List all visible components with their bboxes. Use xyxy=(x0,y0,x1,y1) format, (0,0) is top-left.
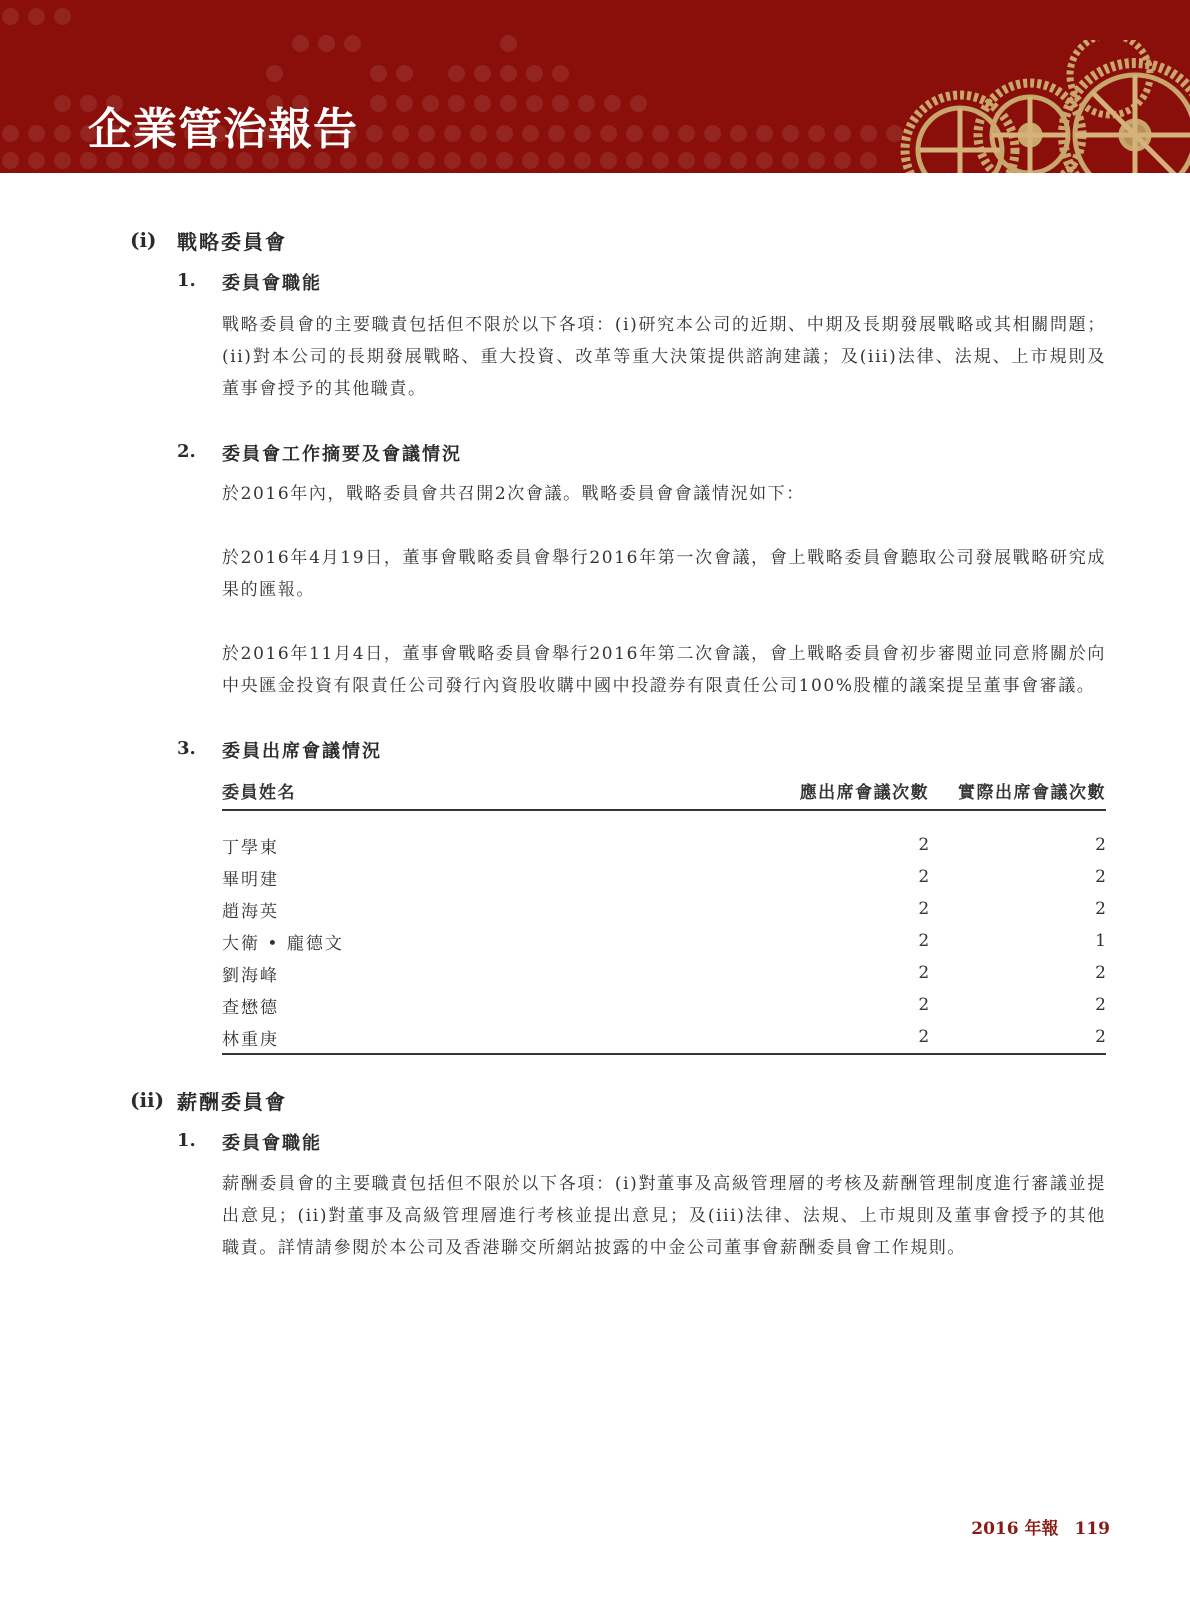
section-number: (ii) xyxy=(130,1088,164,1112)
decorative-dot xyxy=(500,35,517,52)
decorative-dot xyxy=(2,125,19,142)
table-row: 劉海峰 2 2 xyxy=(222,957,1106,989)
decorative-dot xyxy=(704,152,721,169)
decorative-dot xyxy=(370,95,387,112)
subsection-number: 2. xyxy=(177,441,196,462)
decorative-dot xyxy=(2,152,19,169)
table-row: 丁學東 2 2 xyxy=(222,829,1106,861)
decorative-dot xyxy=(782,152,799,169)
decorative-dot xyxy=(474,95,491,112)
decorative-dot xyxy=(392,152,409,169)
decorative-dot xyxy=(604,95,621,112)
decorative-dot xyxy=(318,35,335,52)
attendance-table: 委員姓名 應出席會議次數 實際出席會議次數 丁學東 2 2 畢明建 2 2 趙海… xyxy=(222,778,1106,1055)
decorative-dot xyxy=(630,95,647,112)
decorative-dot xyxy=(626,152,643,169)
decorative-dot xyxy=(292,35,309,52)
decorative-dot xyxy=(522,125,539,142)
decorative-dot xyxy=(470,152,487,169)
decorative-dot xyxy=(366,152,383,169)
decorative-dot xyxy=(756,125,773,142)
member-name: 林重庚 xyxy=(222,1021,752,1054)
section-title: 戰略委員會 xyxy=(177,226,287,255)
decorative-dot xyxy=(54,125,71,142)
decorative-dot xyxy=(526,65,543,82)
actual-count: 1 xyxy=(929,925,1106,957)
decorative-dot xyxy=(652,152,669,169)
subsection-number: 1. xyxy=(177,270,196,291)
decorative-dot xyxy=(678,152,695,169)
gears-illustration-icon xyxy=(880,40,1190,173)
decorative-dot xyxy=(678,125,695,142)
page-title: 企業管治報告 xyxy=(88,108,358,152)
column-header-actual: 實際出席會議次數 xyxy=(929,778,1106,810)
decorative-dot xyxy=(448,65,465,82)
member-name: 大衛 • 龐德文 xyxy=(222,925,752,957)
member-name: 查懋德 xyxy=(222,989,752,1021)
table-row: 大衛 • 龐德文 2 1 xyxy=(222,925,1106,957)
decorative-dot xyxy=(448,95,465,112)
required-count: 2 xyxy=(752,861,929,893)
decorative-dot xyxy=(366,125,383,142)
actual-count: 2 xyxy=(929,989,1106,1021)
page-number: 119 xyxy=(1075,1519,1111,1539)
table-row: 畢明建 2 2 xyxy=(222,861,1106,893)
subsection-number: 3. xyxy=(177,738,196,759)
table-header-row: 委員姓名 應出席會議次數 實際出席會議次數 xyxy=(222,778,1106,810)
table-row: 查懋德 2 2 xyxy=(222,989,1106,1021)
required-count: 2 xyxy=(752,1021,929,1054)
subsection-title: 委員會職能 xyxy=(222,1129,322,1155)
decorative-dot xyxy=(600,125,617,142)
decorative-dot xyxy=(470,125,487,142)
decorative-dot xyxy=(500,95,517,112)
required-count: 2 xyxy=(752,829,929,861)
decorative-dot xyxy=(54,95,71,112)
actual-count: 2 xyxy=(929,829,1106,861)
decorative-dot xyxy=(548,125,565,142)
decorative-dot xyxy=(704,125,721,142)
actual-count: 2 xyxy=(929,861,1106,893)
section-title: 薪酬委員會 xyxy=(177,1086,287,1115)
subsection-title: 委員出席會議情況 xyxy=(222,737,382,763)
table-spacer xyxy=(222,810,1106,829)
paragraph: 於2016年11月4日，董事會戰略委員會舉行2016年第二次會議，會上戰略委員會… xyxy=(222,638,1106,702)
page-footer: 2016 年報119 xyxy=(971,1514,1110,1539)
decorative-dot xyxy=(808,152,825,169)
decorative-dot xyxy=(28,8,45,25)
decorative-dot xyxy=(808,125,825,142)
decorative-dot xyxy=(370,65,387,82)
decorative-dot xyxy=(652,125,669,142)
actual-count: 2 xyxy=(929,1021,1106,1054)
decorative-dot xyxy=(552,95,569,112)
decorative-dot xyxy=(600,152,617,169)
decorative-dot xyxy=(574,152,591,169)
decorative-dot xyxy=(860,125,877,142)
decorative-dot xyxy=(574,125,591,142)
decorative-dot xyxy=(444,125,461,142)
actual-count: 2 xyxy=(929,957,1106,989)
decorative-dot xyxy=(54,152,71,169)
decorative-dot xyxy=(730,152,747,169)
paragraph: 於2016年內，戰略委員會共召開2次會議。戰略委員會會議情況如下： xyxy=(222,478,1106,510)
report-label: 2016 年報 xyxy=(971,1519,1058,1539)
decorative-dot xyxy=(522,152,539,169)
paragraph: 戰略委員會的主要職責包括但不限於以下各項：(i)研究本公司的近期、中期及長期發展… xyxy=(222,309,1106,405)
table-row: 林重庚 2 2 xyxy=(222,1021,1106,1054)
header-banner: 企業管治報告 xyxy=(0,0,1190,173)
decorative-dot xyxy=(28,125,45,142)
column-header-name: 委員姓名 xyxy=(222,778,752,810)
decorative-dot xyxy=(28,152,45,169)
decorative-dot xyxy=(626,125,643,142)
decorative-dot xyxy=(782,125,799,142)
decorative-dot xyxy=(552,65,569,82)
member-name: 畢明建 xyxy=(222,861,752,893)
decorative-dot xyxy=(396,65,413,82)
member-name: 丁學東 xyxy=(222,829,752,861)
subsection-number: 1. xyxy=(177,1130,196,1151)
paragraph: 薪酬委員會的主要職責包括但不限於以下各項：(i)對董事及高級管理層的考核及薪酬管… xyxy=(222,1168,1106,1264)
member-name: 趙海英 xyxy=(222,893,752,925)
section-number: (i) xyxy=(130,228,157,252)
decorative-dot xyxy=(396,95,413,112)
decorative-dot xyxy=(266,65,283,82)
decorative-dot xyxy=(834,152,851,169)
decorative-dot xyxy=(54,8,71,25)
decorative-dot xyxy=(548,152,565,169)
decorative-dot xyxy=(578,95,595,112)
decorative-dot xyxy=(834,125,851,142)
decorative-dot xyxy=(444,152,461,169)
decorative-dot xyxy=(344,35,361,52)
decorative-dot xyxy=(496,152,513,169)
decorative-dot xyxy=(500,65,517,82)
decorative-dot xyxy=(474,65,491,82)
decorative-dot xyxy=(2,8,19,25)
required-count: 2 xyxy=(752,893,929,925)
decorative-dot xyxy=(422,95,439,112)
decorative-dot xyxy=(496,125,513,142)
column-header-required: 應出席會議次數 xyxy=(752,778,929,810)
required-count: 2 xyxy=(752,989,929,1021)
decorative-dot xyxy=(860,152,877,169)
decorative-dot xyxy=(730,125,747,142)
subsection-title: 委員會職能 xyxy=(222,269,322,295)
paragraph: 於2016年4月19日，董事會戰略委員會舉行2016年第一次會議，會上戰略委員會… xyxy=(222,542,1106,606)
table-row: 趙海英 2 2 xyxy=(222,893,1106,925)
decorative-dot xyxy=(526,95,543,112)
decorative-dot xyxy=(756,152,773,169)
decorative-dot xyxy=(392,125,409,142)
decorative-dot xyxy=(418,152,435,169)
member-name: 劉海峰 xyxy=(222,957,752,989)
required-count: 2 xyxy=(752,925,929,957)
decorative-dot xyxy=(418,125,435,142)
required-count: 2 xyxy=(752,957,929,989)
actual-count: 2 xyxy=(929,893,1106,925)
subsection-title: 委員會工作摘要及會議情況 xyxy=(222,440,462,466)
